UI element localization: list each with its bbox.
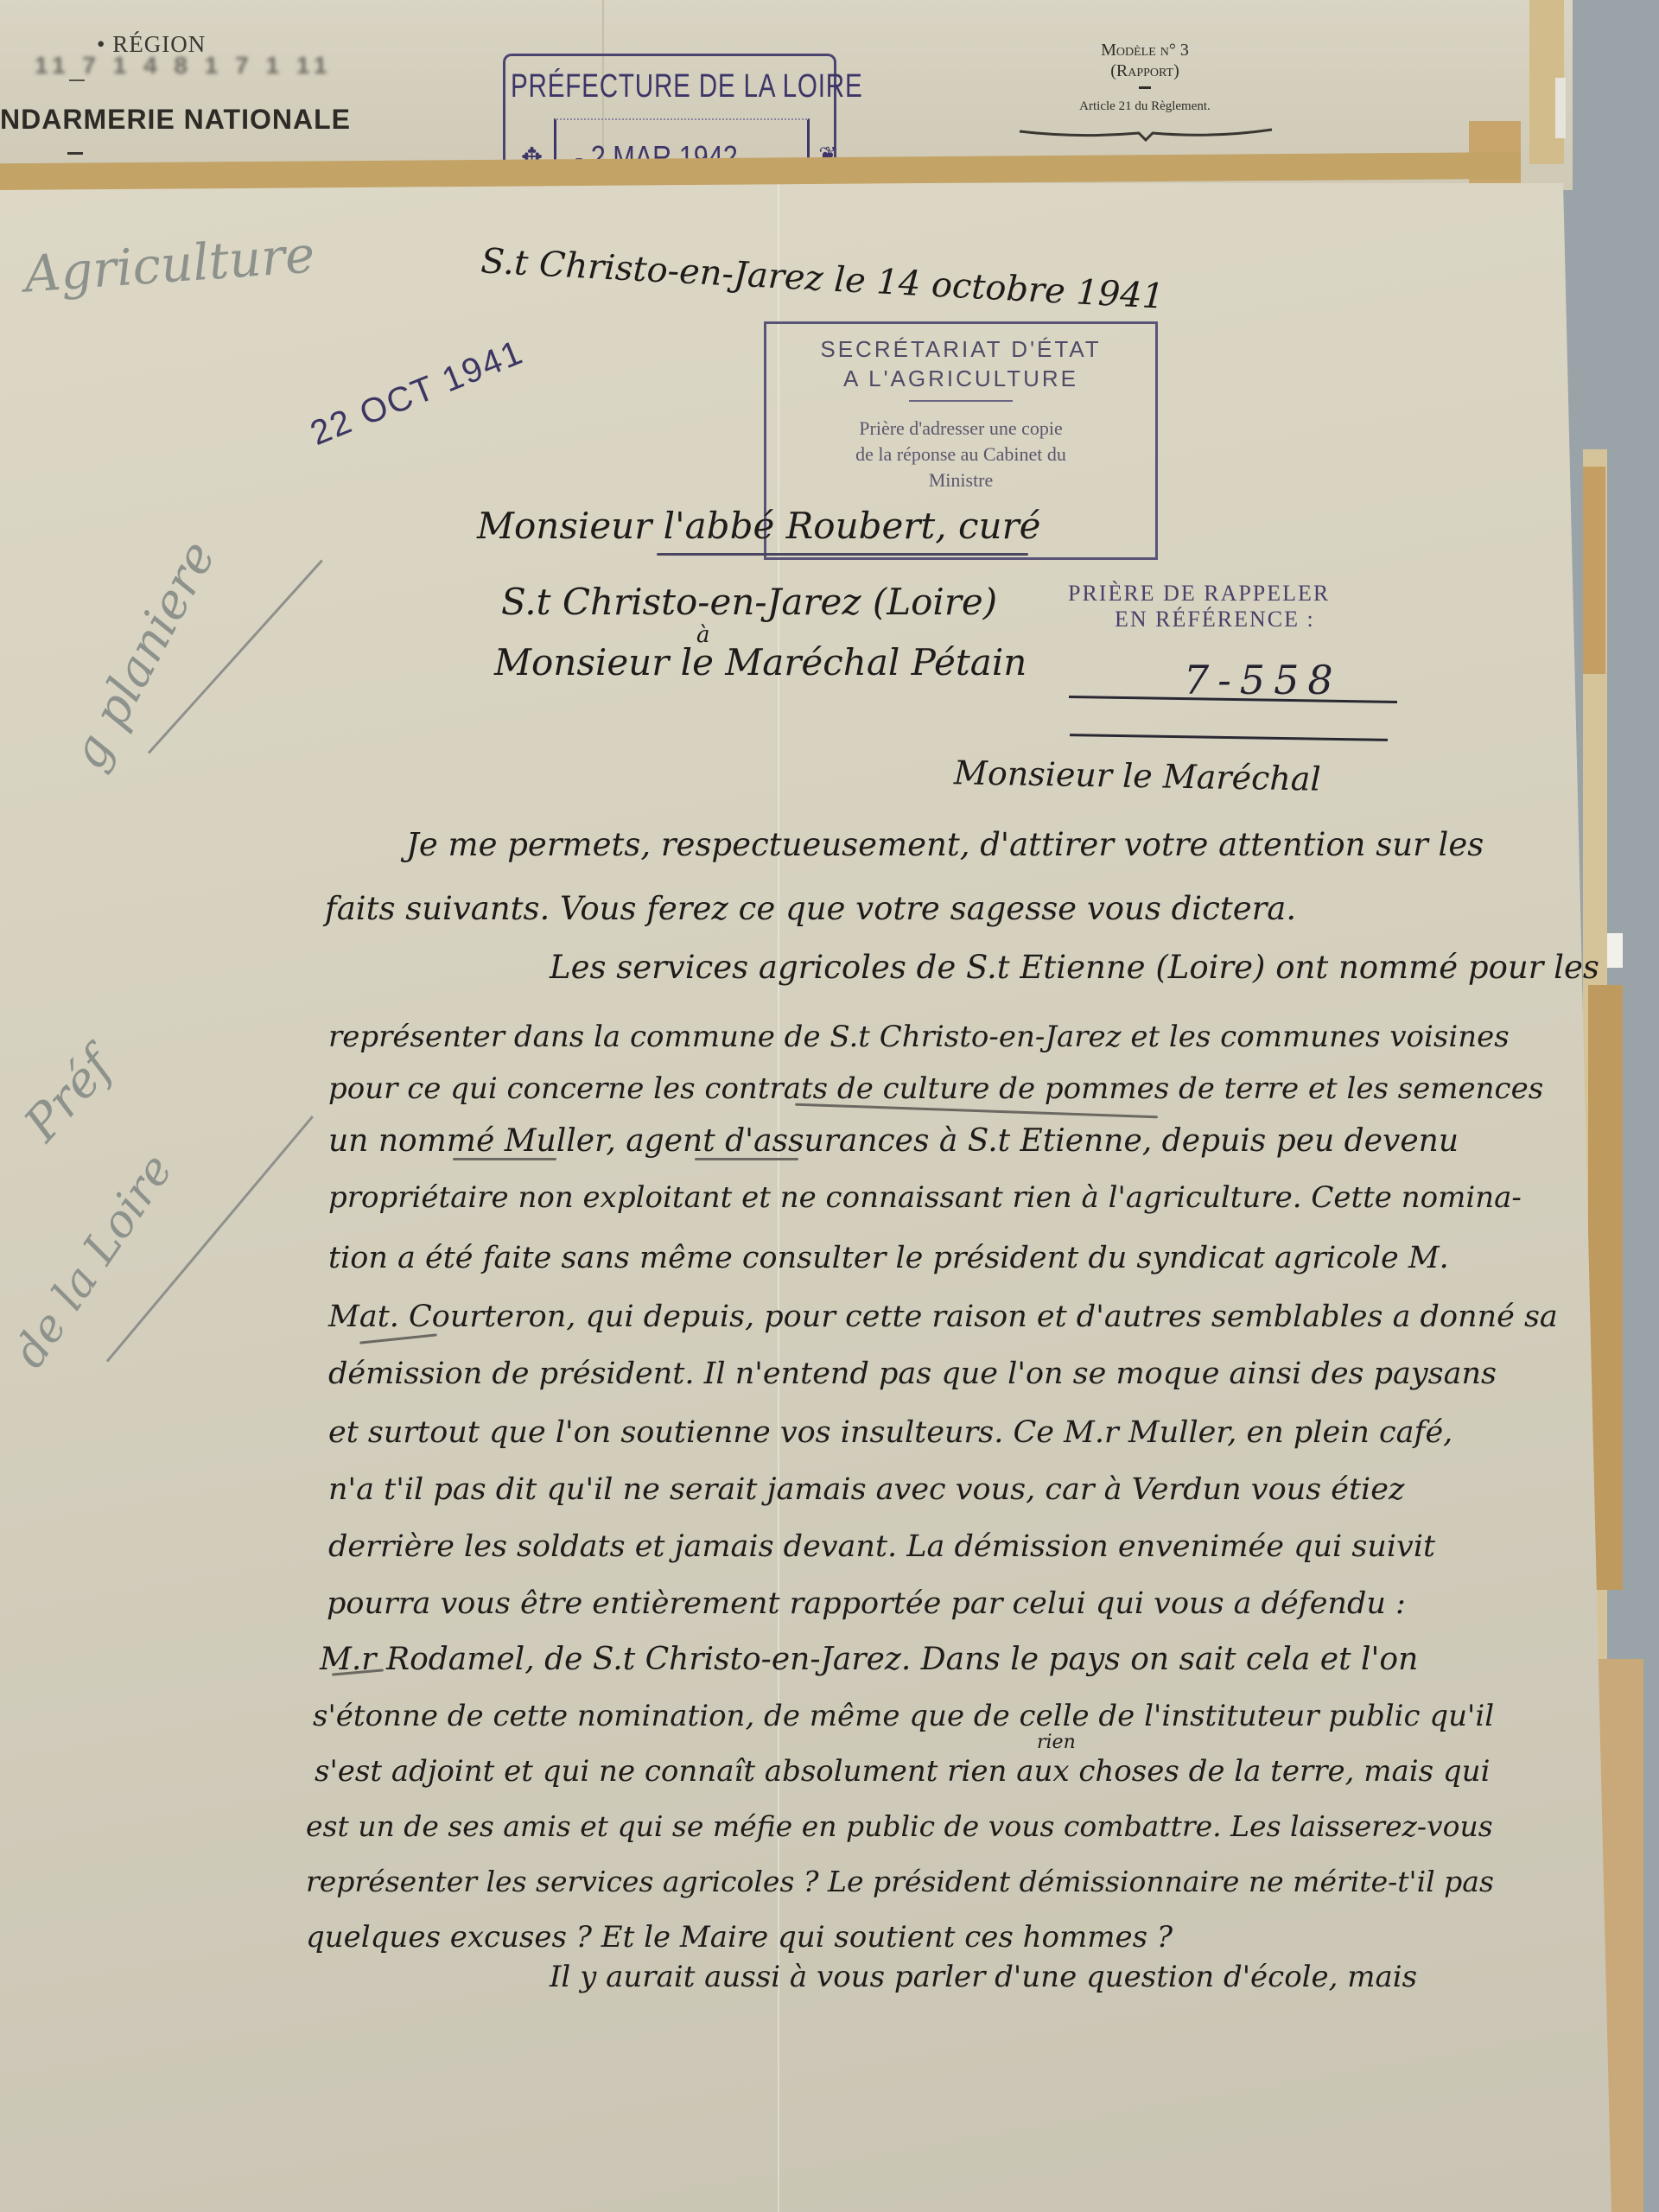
- body-line: faits suivants. Vous ferez ce que votre …: [325, 890, 1296, 927]
- blurred-typed-line: 11 7 1 4 8 1 7 1 11: [35, 52, 332, 79]
- body-line: représenter dans la commune de S.t Chris…: [328, 1020, 1510, 1054]
- reference-stamp-line: PRIÈRE DE RAPPELER: [1068, 581, 1431, 607]
- stamp-body: Prière d'adresser une copie: [766, 416, 1155, 442]
- body-line: tion a été faite sans même consulter le …: [328, 1241, 1449, 1275]
- stamp-line: A L'AGRICULTURE: [766, 364, 1155, 393]
- salutation: Monsieur le Maréchal: [954, 753, 1321, 798]
- body-line: représenter les services agricoles ? Le …: [306, 1865, 1494, 1898]
- body-line: s'étonne de cette nomination, de même qu…: [313, 1699, 1494, 1733]
- body-line: propriétaire non exploitant et ne connai…: [328, 1180, 1522, 1215]
- body-line: est un de ses amis et qui se méfie en pu…: [306, 1809, 1493, 1843]
- body-line: démission de président. Il n'entend pas …: [328, 1357, 1497, 1391]
- pencil-underline: [453, 1158, 556, 1160]
- recipient: Monsieur le Maréchal Pétain: [494, 641, 1027, 683]
- body-line: derrière les soldats et jamais devant. L…: [328, 1529, 1435, 1564]
- stamp-body: de la réponse au Cabinet du: [766, 442, 1155, 467]
- body-line: s'est adjoint et qui ne connaît absolume…: [315, 1754, 1490, 1789]
- sheet-stack-edge: [1555, 78, 1566, 138]
- divider: [69, 79, 85, 81]
- divider: [909, 400, 1013, 402]
- sender-line-2: S.t Christo-en-Jarez (Loire): [501, 581, 997, 623]
- agency-heading: NDARMERIE NATIONALE: [0, 104, 351, 136]
- reference-number: 7-558: [1184, 657, 1342, 703]
- pencil-underline: [695, 1158, 798, 1160]
- body-line: Mat. Courteron, qui depuis, pour cette r…: [328, 1300, 1558, 1334]
- divider: [1139, 86, 1151, 89]
- form-model-block: Modèle n° 3 (Rapport) Article 21 du Règl…: [1071, 40, 1218, 117]
- inserted-word: rien: [1037, 1732, 1076, 1753]
- ornamental-brace-icon: [1018, 126, 1274, 143]
- body-line: quelques excuses ? Et le Maire qui souti…: [306, 1920, 1173, 1955]
- body-line: Il y aurait aussi à vous parler d'une qu…: [550, 1960, 1417, 1994]
- stamp-body: Ministre: [766, 467, 1155, 493]
- body-line: un nommé Muller, agent d'assurances à S.…: [328, 1123, 1459, 1159]
- body-line: pour ce qui concerne les contrats de cul…: [328, 1071, 1543, 1106]
- reference-stamp-line: EN RÉFÉRENCE :: [1068, 607, 1431, 632]
- reference-stamp: PRIÈRE DE RAPPELER EN RÉFÉRENCE :: [1068, 581, 1431, 632]
- body-line: et surtout que l'on soutienne vos insult…: [328, 1415, 1452, 1450]
- body-line: M.r Rodamel, de S.t Christo-en-Jarez. Da…: [320, 1642, 1418, 1677]
- model-type: (Rapport): [1071, 60, 1218, 81]
- sender-line-1: Monsieur l'abbé Roubert, curé: [477, 505, 1041, 547]
- stamp-line: SECRÉTARIAT D'ÉTAT: [766, 334, 1155, 364]
- body-line: pourra vous être entièrement rapportée p…: [327, 1586, 1406, 1621]
- model-article: Article 21 du Règlement.: [1071, 96, 1218, 117]
- body-line: n'a t'il pas dit qu'il ne serait jamais …: [328, 1472, 1404, 1507]
- prefecture-stamp-title: PRÉFECTURE DE LA LOIRE: [511, 68, 863, 105]
- body-line: Les services agricoles de S.t Etienne (L…: [550, 949, 1599, 986]
- divider: [67, 152, 83, 155]
- name-underline: [657, 553, 1028, 556]
- body-line: Je me permets, respectueusement, d'attir…: [406, 826, 1484, 863]
- model-number: Modèle n° 3: [1071, 40, 1218, 60]
